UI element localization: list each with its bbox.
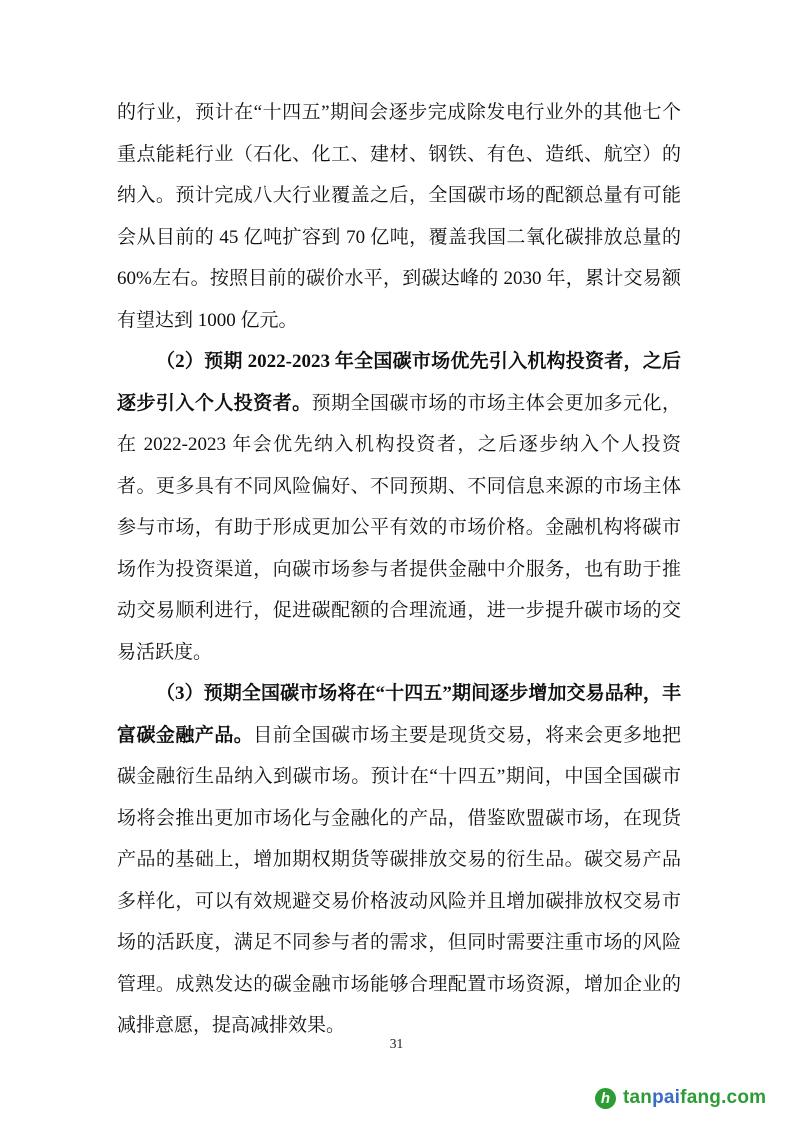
paragraph-1-text: 的行业，预计在“十四五”期间会逐步完成除发电行业外的其他七个重点能耗行业（石化、… [117, 102, 681, 331]
document-body: 的行业，预计在“十四五”期间会逐步完成除发电行业外的其他七个重点能耗行业（石化、… [117, 92, 681, 1047]
tanpaifang-leaf-h-icon: h [595, 1088, 616, 1109]
tanpaifang-logo-text: tanpaifang.com [623, 1087, 766, 1109]
page-number: 31 [0, 1036, 793, 1052]
paragraph-2-text: 预期全国碳市场的市场主体会更加多元化，在 2022-2023 年会优先纳入机构投… [117, 393, 681, 663]
tanpaifang-watermark[interactable]: h tanpaifang.com [595, 1087, 766, 1109]
logo-segment-tan: tan [623, 1087, 652, 1108]
paragraph-3: （3）预期全国碳市场将在“十四五”期间逐步增加交易品种，丰富碳金融产品。目前全国… [117, 673, 681, 1047]
paragraph-1: 的行业，预计在“十四五”期间会逐步完成除发电行业外的其他七个重点能耗行业（石化、… [117, 92, 681, 341]
paragraph-3-text: 目前全国碳市场主要是现货交易，将来会更多地把碳金融衍生品纳入到碳市场。预计在“十… [117, 725, 681, 1037]
logo-segment-fangcom: fang.com [680, 1087, 766, 1108]
document-page: 的行业，预计在“十四五”期间会逐步完成除发电行业外的其他七个重点能耗行业（石化、… [0, 0, 793, 1122]
logo-segment-pai: pai [652, 1087, 680, 1108]
paragraph-2: （2）预期 2022-2023 年全国碳市场优先引入机构投资者，之后逐步引入个人… [117, 341, 681, 673]
